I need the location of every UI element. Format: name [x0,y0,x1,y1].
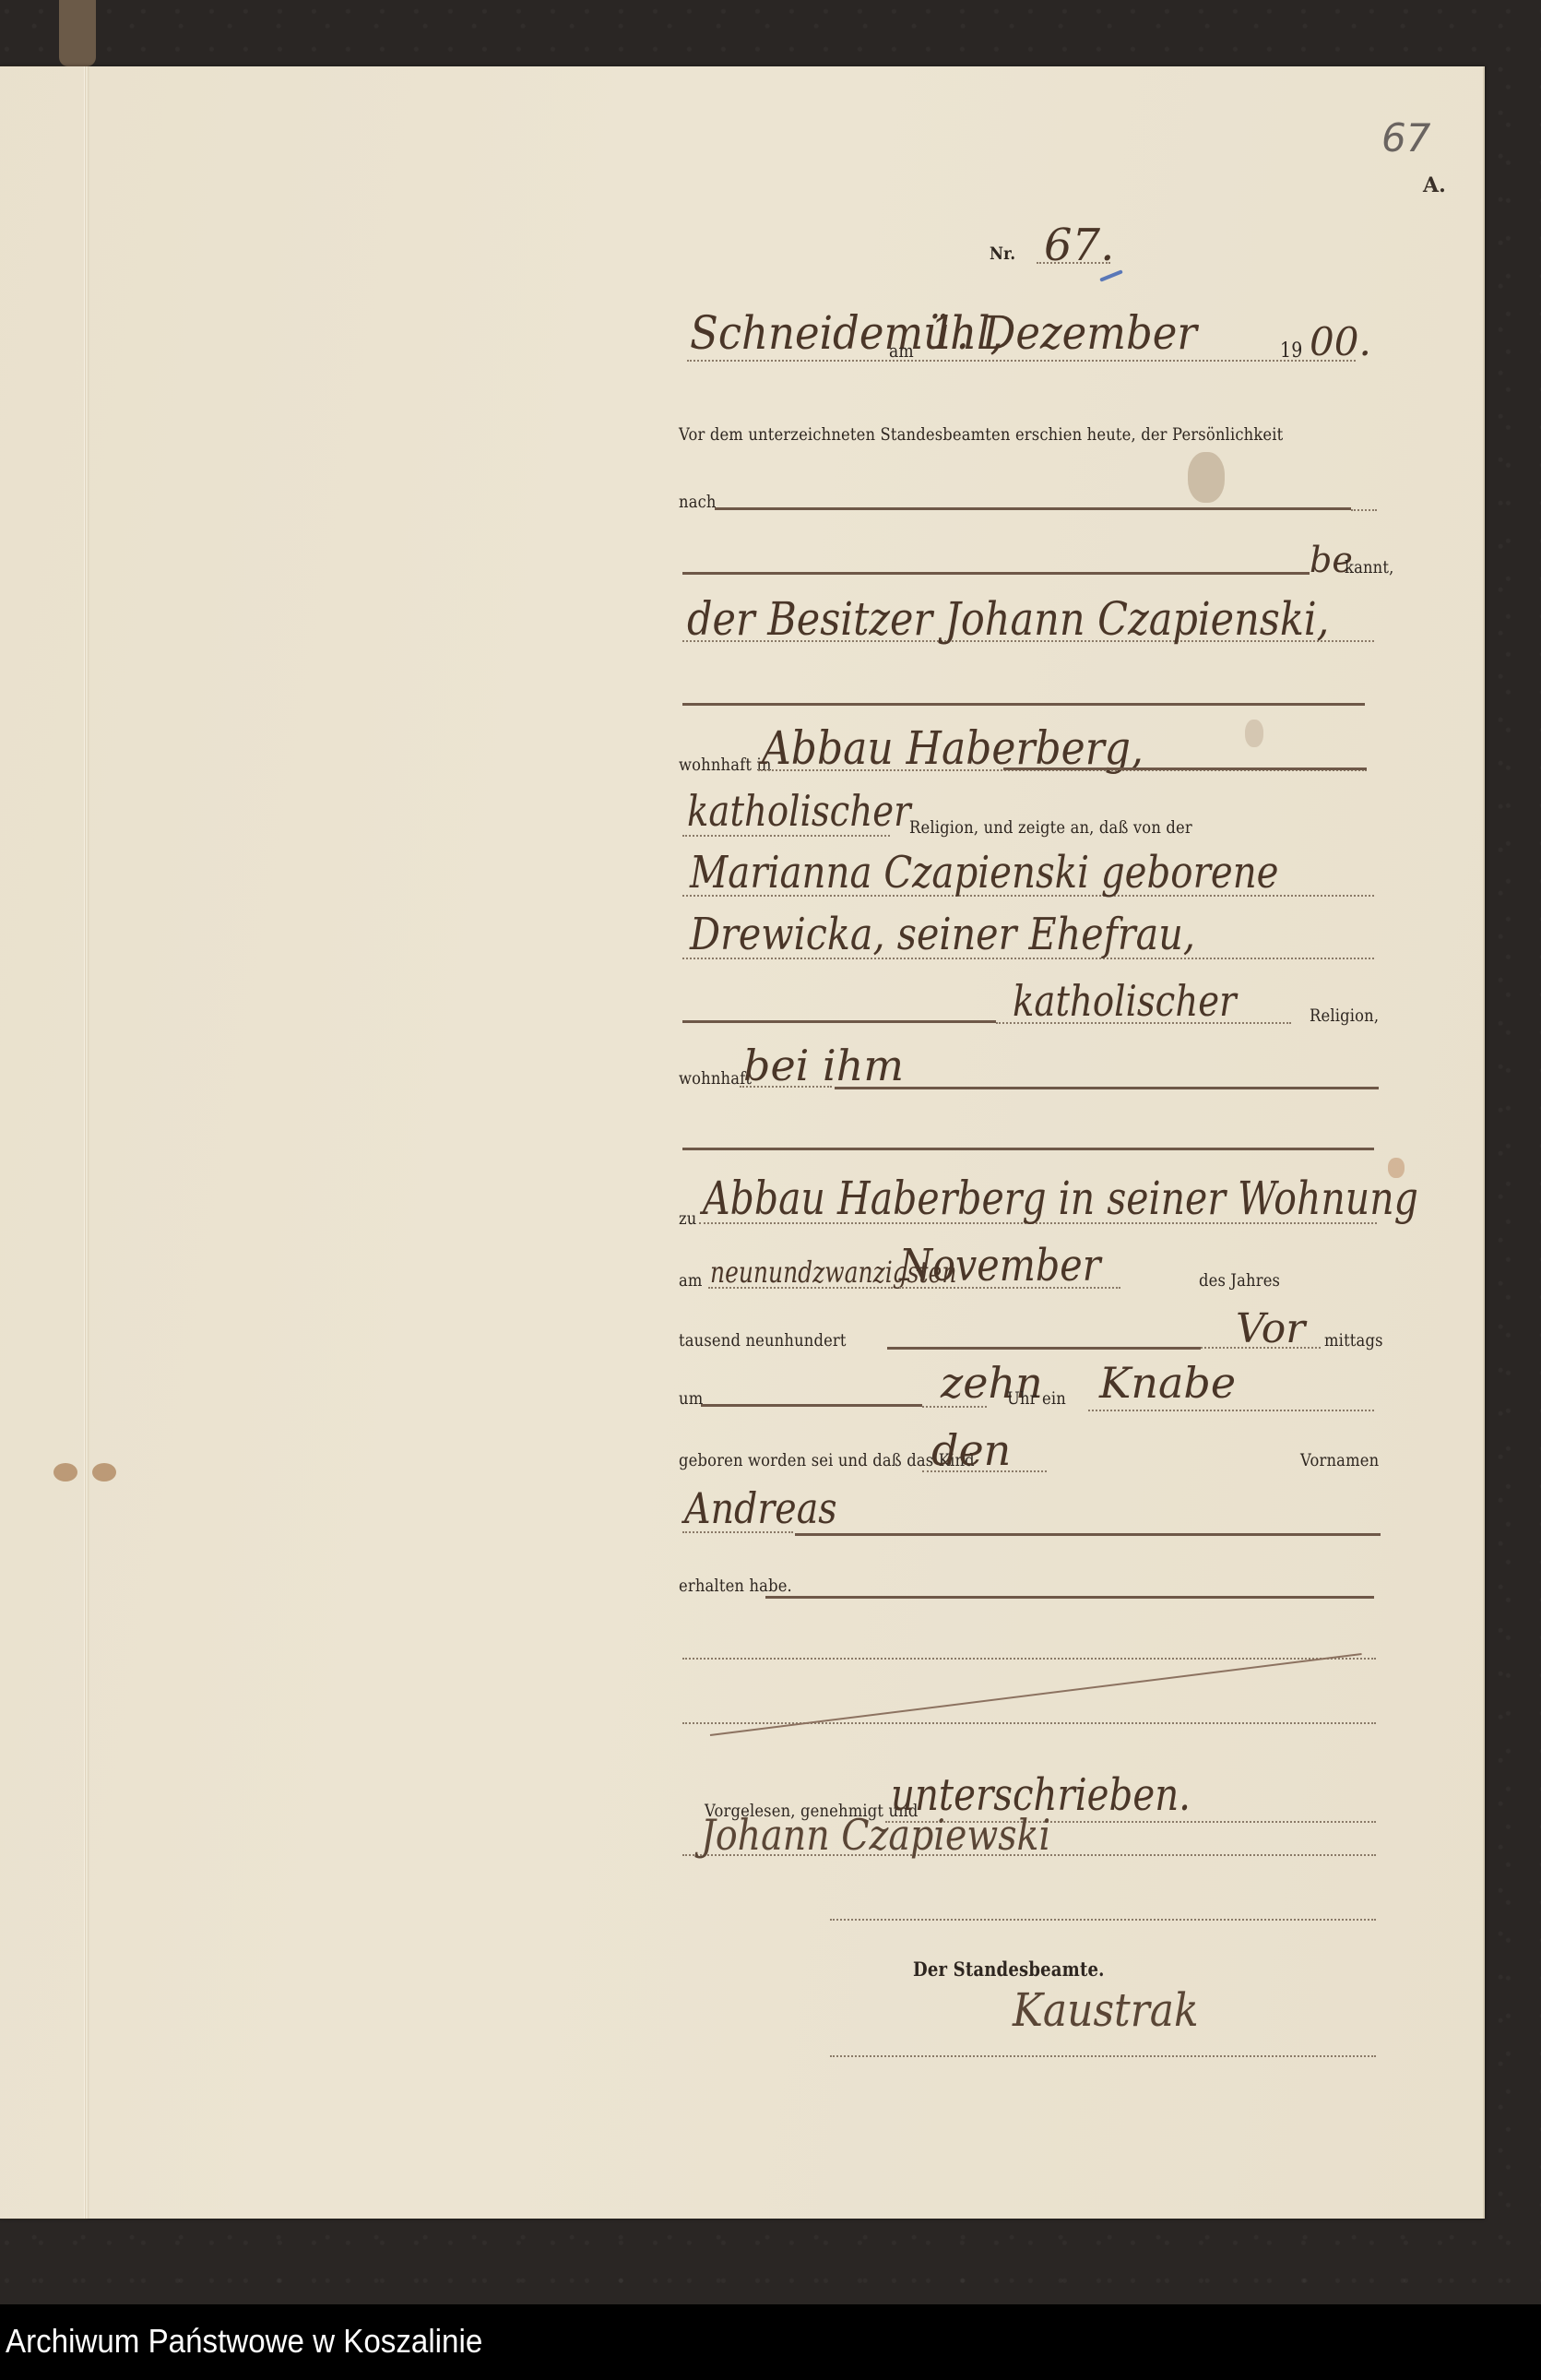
vornamen-label: Vornamen [1300,1450,1379,1470]
intro-text: Vor dem unterzeichneten Standesbeamten e… [679,424,1283,445]
ink-smudge [1188,452,1225,503]
place-date-line [687,360,1356,362]
registrar-signature: Kaustrak [1013,1983,1199,2037]
nach-strike-line [715,507,1351,510]
number-label: Nr. [990,244,1015,264]
des-jahres-label: des Jahres [1199,1270,1280,1291]
folio-number: 67 [1381,115,1430,161]
year-strike [887,1347,1201,1350]
blank-strike-line-2 [682,1148,1374,1150]
vor-value: Vor [1236,1305,1305,1352]
hour-strike [701,1404,922,1407]
blank-strike-line [682,703,1365,706]
birth-month-value: November [899,1240,1100,1291]
wohnhaft-value: bei ihm [743,1041,904,1090]
zu-label: zu [679,1208,696,1229]
sex-line [1088,1410,1374,1411]
uhr-ein-label: Uhr ein [1007,1388,1066,1409]
religion-value: katholischer [687,786,911,836]
sex-value: Knabe [1099,1358,1236,1408]
mittags-label: mittags [1324,1330,1383,1351]
wohnhaft-strike [835,1087,1379,1089]
residence-strike-line [1003,768,1367,770]
child-name-strike [795,1533,1381,1536]
mother-religion-value: katholischer [1013,976,1237,1026]
am-label: am [889,339,914,362]
am-label-2: am [679,1270,703,1291]
blank-line-3 [830,1919,1376,1921]
nach-dotted-line [1351,509,1377,511]
den-value: den [931,1425,1011,1475]
entry-number: 67. [1044,220,1114,271]
child-name: Andreas [684,1483,837,1533]
stain-mark [53,1463,77,1482]
wohnhaft-in-label: wohnhaft in [679,755,772,775]
nach-label: nach [679,492,717,512]
register-page [0,66,1485,2219]
ink-smudge [1245,720,1263,747]
bekannt-print: kannt, [1345,557,1393,577]
archive-caption: Archiwum Państwowe w Koszalinie [6,2322,482,2361]
religion-text: Religion, und zeigte an, daß von der [909,817,1192,838]
mother-name: Marianna Czapienski geborene [690,847,1279,898]
tausend-label: tausend neunhundert [679,1330,847,1351]
erhalten-strike [765,1596,1374,1599]
date-value: 1. Dezember [930,306,1197,360]
year-suffix: 00. [1310,319,1371,364]
binding-gap [59,0,96,66]
birthplace-value: Abbau Haberberg in seiner Wohnung [703,1172,1418,1225]
page-edge [1483,66,1485,2219]
form-letter: A. [1423,173,1446,197]
mother-maiden-name: Drewicka, seiner Ehefrau, [690,909,1195,960]
stain-mark [92,1463,116,1482]
year-prefix: 19 [1280,339,1302,363]
spine-fold [85,66,89,2219]
religion-label: Religion, [1310,1006,1379,1026]
geboren-text: geboren worden sei und daß das Kind [679,1450,975,1470]
registrar-signature-line [830,2055,1376,2057]
blank-line-1 [682,1658,1376,1660]
mother-religion-strike [682,1020,996,1023]
declarant-signature: Johann Czapiewski [701,1810,1050,1860]
erhalten-label: erhalten habe. [679,1576,792,1596]
bekannt-strike-line [682,572,1310,575]
facing-page-edge [0,66,87,2219]
declarant-name: der Besitzer Johann Czapienski, [687,592,1329,646]
um-label: um [679,1388,703,1409]
registrar-label: Der Standesbeamte. [913,1958,1105,1981]
